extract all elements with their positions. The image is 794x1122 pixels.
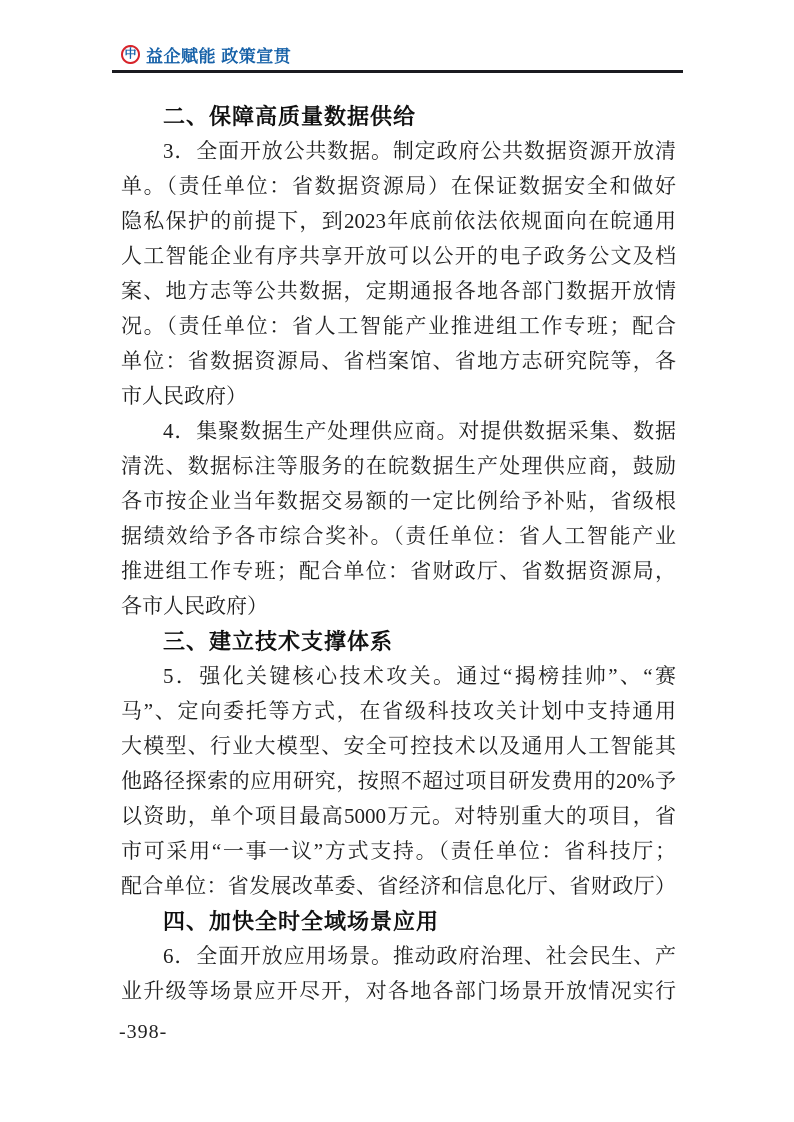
document-page: 中 益企赋能 政策宣贯 二、保障高质量数据供给3．全面开放公共数据。制定政府公共…: [0, 0, 794, 1122]
document-line: 6．全面开放应用场景。推动政府治理、社会民生、产: [121, 939, 676, 974]
document-line: 人工智能企业有序共享开放可以公开的电子政务公文及档: [121, 239, 676, 274]
document-line: 4．集聚数据生产处理供应商。对提供数据采集、数据: [121, 414, 676, 449]
page-number: -398-: [119, 1021, 167, 1043]
document-line: 3．全面开放公共数据。制定政府公共数据资源开放清: [121, 134, 676, 169]
document-line: 推进组工作专班；配合单位：省财政厅、省数据资源局，: [121, 554, 676, 589]
document-line: 市可采用“一事一议”方式支持。（责任单位：省科技厅；: [121, 834, 676, 869]
document-body: 二、保障高质量数据供给3．全面开放公共数据。制定政府公共数据资源开放清单。（责任…: [121, 99, 676, 1009]
document-line: 马”、定向委托等方式，在省级科技攻关计划中支持通用: [121, 694, 676, 729]
document-line: 案、地方志等公共数据，定期通报各地各部门数据开放情: [121, 274, 676, 309]
brand-logo-icon: 中: [121, 45, 140, 64]
document-line: 业升级等场景应开尽开，对各地各部门场景开放情况实行: [121, 974, 676, 1009]
document-line: 市人民政府）: [121, 379, 676, 414]
document-line: 5．强化关键核心技术攻关。通过“揭榜挂帅”、“赛: [121, 659, 676, 694]
document-line: 单位：省数据资源局、省档案馆、省地方志研究院等，各: [121, 344, 676, 379]
document-line: 单。（责任单位：省数据资源局）在保证数据安全和做好: [121, 169, 676, 204]
document-line: 各市按企业当年数据交易额的一定比例给予补贴，省级根: [121, 484, 676, 519]
brand-text: 益企赋能 政策宣贯: [146, 42, 291, 67]
document-line: 清洗、数据标注等服务的在皖数据生产处理供应商，鼓励: [121, 449, 676, 484]
document-line: 隐私保护的前提下，到2023年底前依法依规面向在皖通用: [121, 204, 676, 239]
document-line: 大模型、行业大模型、安全可控技术以及通用人工智能其: [121, 729, 676, 764]
section-heading: 三、建立技术支撑体系: [121, 624, 676, 659]
section-heading: 四、加快全时全域场景应用: [121, 904, 676, 939]
section-heading: 二、保障高质量数据供给: [121, 99, 676, 134]
document-line: 况。（责任单位：省人工智能产业推进组工作专班；配合: [121, 309, 676, 344]
document-line: 以资助，单个项目最高5000万元。对特别重大的项目，省: [121, 799, 676, 834]
page-footer: -398-: [119, 1021, 167, 1044]
document-line: 据绩效给予各市综合奖补。（责任单位：省人工智能产业: [121, 519, 676, 554]
logo-glyph: 中: [124, 48, 136, 60]
header-rule: [112, 70, 683, 73]
document-line: 各市人民政府）: [121, 589, 676, 624]
document-line: 他路径探索的应用研究，按照不超过项目研发费用的20%予: [121, 764, 676, 799]
document-line: 配合单位：省发展改革委、省经济和信息化厅、省财政厅）: [121, 869, 676, 904]
page-header: 中 益企赋能 政策宣贯: [121, 43, 291, 65]
